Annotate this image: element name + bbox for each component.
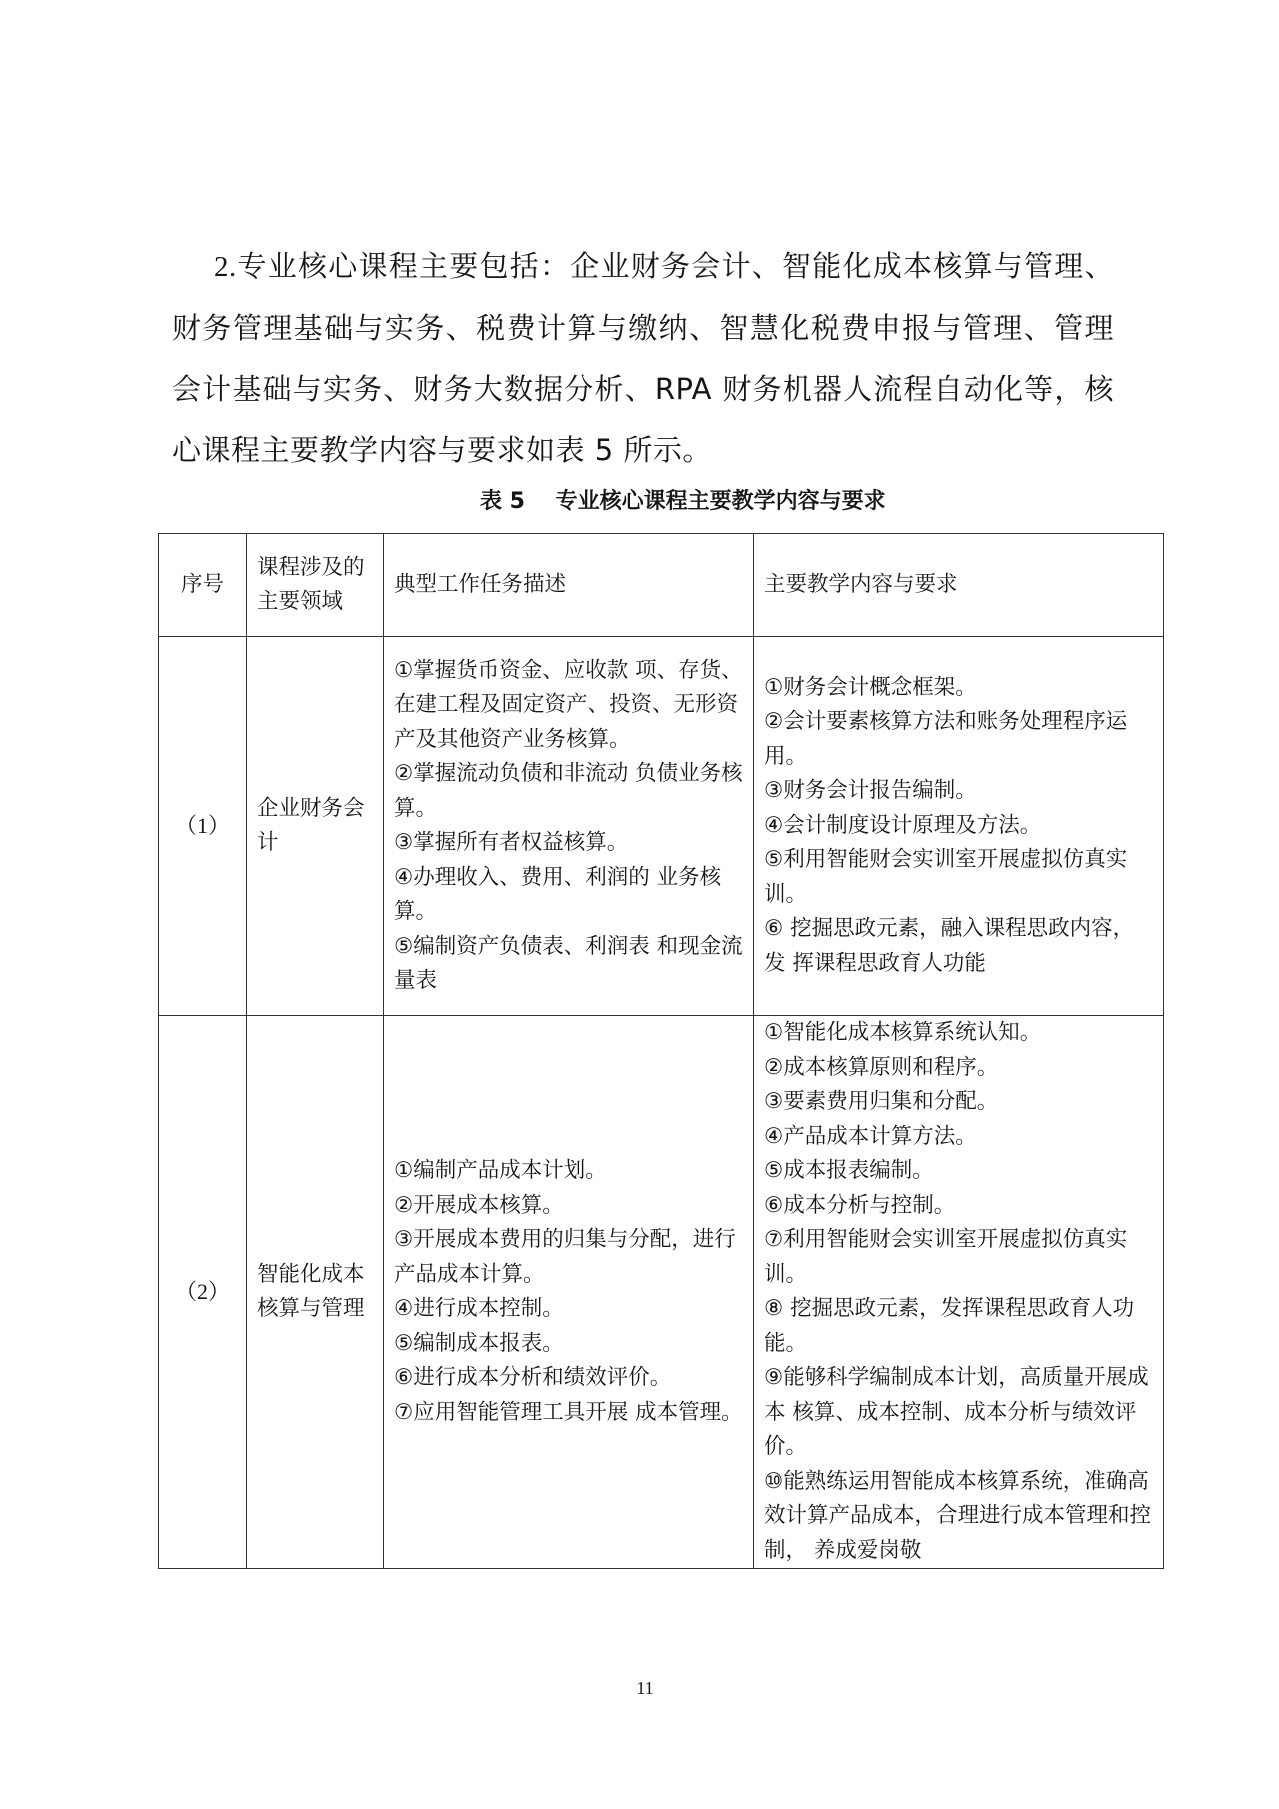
task-item: ③开展成本费用的归集与分配，进行产品成本计算。	[394, 1223, 743, 1292]
row-tasks: ①编制产品成本计划。 ②开展成本核算。 ③开展成本费用的归集与分配，进行产品成本…	[384, 1016, 754, 1569]
row-index: （1）	[159, 637, 247, 1016]
task-item: ④办理收入、费用、利润的 业务核算。	[394, 861, 743, 930]
header-area: 课程涉及的主要领域	[247, 534, 384, 637]
content-item: ④会计制度设计原理及方法。	[764, 809, 1153, 844]
task-item: ②掌握流动负债和非流动 负债业务核算。	[394, 757, 743, 826]
paragraph-number: 2.	[214, 251, 237, 283]
content-item: ①智能化成本核算系统认知。	[764, 1016, 1153, 1051]
content-item: ⑨能够科学编制成本计划，高质量开展成本 核算、成本控制、成本分析与绩效评价。	[764, 1361, 1153, 1465]
task-item: ⑤编制成本报表。	[394, 1327, 743, 1362]
table-header-row: 序号 课程涉及的主要领域 典型工作任务描述 主要教学内容与要求	[159, 534, 1164, 637]
intro-paragraph: 2.专业核心课程主要包括：企业财务会计、智能化成本核算与管理、财务管理基础与实务…	[172, 236, 1114, 481]
task-item: ①掌握货币资金、应收款 项、存货、在建工程及固定资产、投资、无形资产及其他资产业…	[394, 654, 743, 758]
row-area: 智能化成本核算与管理	[247, 1016, 384, 1569]
header-tasks: 典型工作任务描述	[384, 534, 754, 637]
content-item: ⑩能熟练运用智能成本核算系统，准确高 效计算产品成本，合理进行成本管理和控制， …	[764, 1465, 1153, 1569]
content-item: ②成本核算原则和程序。	[764, 1051, 1153, 1086]
paragraph-text: 专业核心课程主要包括：企业财务会计、智能化成本核算与管理、财务管理基础与实务、税…	[172, 249, 1114, 467]
content-item: ③要素费用归集和分配。	[764, 1085, 1153, 1120]
table-caption: 表 5 专业核心课程主要教学内容与要求	[480, 484, 886, 515]
task-item: ⑤编制资产负债表、利润表 和现金流量表	[394, 930, 743, 999]
header-content: 主要教学内容与要求	[754, 534, 1164, 637]
task-item: ⑦应用智能管理工具开展 成本管理。	[394, 1396, 743, 1431]
core-courses-table: 序号 课程涉及的主要领域 典型工作任务描述 主要教学内容与要求 （1） 企业财务…	[158, 533, 1164, 1569]
task-item: ④进行成本控制。	[394, 1292, 743, 1327]
task-item: ⑥进行成本分析和绩效评价。	[394, 1361, 743, 1396]
content-item: ⑧ 挖掘思政元素，发挥课程思政育人功能。	[764, 1292, 1153, 1361]
content-item: ⑥成本分析与控制。	[764, 1189, 1153, 1224]
content-item: ⑦利用智能财会实训室开展虚拟仿真实训。	[764, 1223, 1153, 1292]
task-item: ②开展成本核算。	[394, 1189, 743, 1224]
row-index: （2）	[159, 1016, 247, 1569]
content-item: ③财务会计报告编制。	[764, 774, 1153, 809]
content-item: ⑥ 挖掘思政元素，融入课程思政内容，发 挥课程思政育人功能	[764, 912, 1153, 981]
task-item: ①编制产品成本计划。	[394, 1154, 743, 1189]
header-index: 序号	[159, 534, 247, 637]
row-area: 企业财务会计	[247, 637, 384, 1016]
table-row: （2） 智能化成本核算与管理 ①编制产品成本计划。 ②开展成本核算。 ③开展成本…	[159, 1016, 1164, 1569]
row-content: ①财务会计概念框架。 ②会计要素核算方法和账务处理程序运用。 ③财务会计报告编制…	[754, 637, 1164, 1016]
task-item: ③掌握所有者权益核算。	[394, 826, 743, 861]
content-item: ①财务会计概念框架。	[764, 671, 1153, 706]
page-number: 11	[630, 1678, 660, 1699]
row-tasks: ①掌握货币资金、应收款 项、存货、在建工程及固定资产、投资、无形资产及其他资产业…	[384, 637, 754, 1016]
content-item: ②会计要素核算方法和账务处理程序运用。	[764, 705, 1153, 774]
table-row: （1） 企业财务会计 ①掌握货币资金、应收款 项、存货、在建工程及固定资产、投资…	[159, 637, 1164, 1016]
content-item: ④产品成本计算方法。	[764, 1120, 1153, 1155]
content-item: ⑤利用智能财会实训室开展虚拟仿真实训。	[764, 843, 1153, 912]
row-content: ①智能化成本核算系统认知。 ②成本核算原则和程序。 ③要素费用归集和分配。 ④产…	[754, 1016, 1164, 1569]
content-item: ⑤成本报表编制。	[764, 1154, 1153, 1189]
